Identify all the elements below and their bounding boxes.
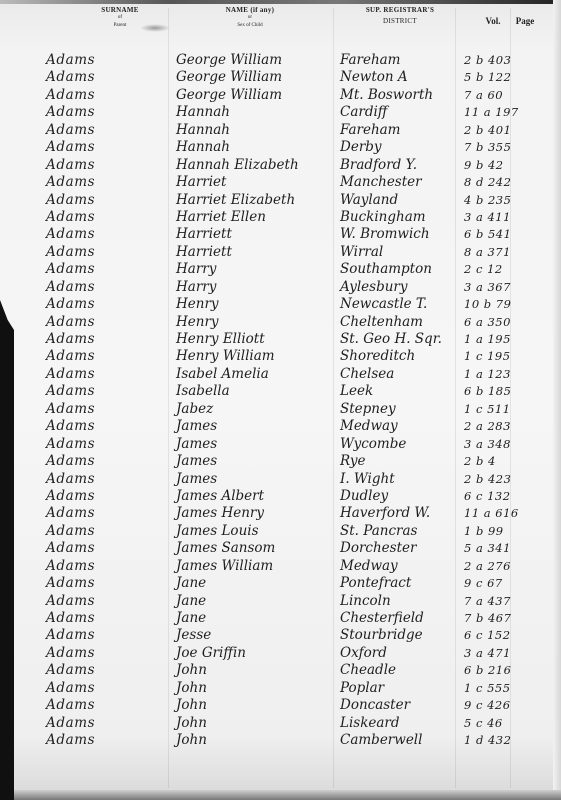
entry-district: Poplar — [340, 680, 384, 697]
entry-volume-page: 11 a 197 — [464, 104, 519, 121]
entry-district: Rye — [340, 453, 366, 470]
entry-surname: Adams — [46, 192, 95, 209]
entry-volume-page: 1 d 432 — [464, 732, 511, 749]
entry-surname: Adams — [46, 610, 95, 627]
entry-child-name: James — [176, 436, 217, 453]
entry-volume-page: 8 a 371 — [464, 244, 511, 261]
entry-surname: Adams — [46, 314, 95, 331]
entry-surname: Adams — [46, 296, 95, 313]
entry-surname: Adams — [46, 226, 95, 243]
entry-district: Pontefract — [340, 575, 411, 592]
entry-surname: Adams — [46, 348, 95, 365]
entry-district: Dorchester — [340, 540, 416, 557]
entry-child-name: Harriet Ellen — [176, 209, 266, 226]
entry-surname: Adams — [46, 139, 95, 156]
entry-child-name: George William — [176, 69, 282, 86]
entry-volume-page: 1 b 99 — [464, 523, 504, 540]
entry-surname: Adams — [46, 488, 95, 505]
entry-surname: Adams — [46, 52, 95, 69]
entry-district: I. Wight — [340, 471, 395, 488]
register-entry: AdamsJames LouisSt. Pancras1 b 99 — [0, 523, 561, 540]
register-entry: AdamsHenryCheltenham6 a 350 — [0, 314, 561, 331]
entry-child-name: Harriett — [176, 244, 232, 261]
entry-volume-page: 7 a 60 — [464, 87, 503, 104]
entry-district: Newton A — [340, 69, 408, 86]
register-entry: AdamsHarriettW. Bromwich6 b 541 — [0, 226, 561, 243]
register-entry: AdamsJohnDoncaster9 c 426 — [0, 697, 561, 714]
entry-volume-page: 6 b 541 — [464, 226, 511, 243]
register-entry: AdamsJaneLincoln7 a 437 — [0, 593, 561, 610]
entry-volume-page: 6 b 216 — [464, 662, 511, 679]
entry-district: Dudley — [340, 488, 388, 505]
entry-surname: Adams — [46, 715, 95, 732]
entry-volume-page: 10 b 79 — [464, 296, 511, 313]
entry-district: Stepney — [340, 401, 396, 418]
entry-child-name: Harriet — [176, 174, 226, 191]
entry-volume-page: 5 c 46 — [464, 715, 503, 732]
entry-surname: Adams — [46, 261, 95, 278]
entry-child-name: Henry Elliott — [176, 331, 265, 348]
entry-surname: Adams — [46, 471, 95, 488]
entry-volume-page: 6 a 350 — [464, 314, 511, 331]
header-district: SUP. REGISTRAR'S DISTRICT — [350, 6, 450, 25]
entry-child-name: John — [176, 732, 207, 749]
entry-district: Southampton — [340, 261, 432, 278]
register-entry: AdamsHenryNewcastle T.10 b 79 — [0, 296, 561, 313]
header-page: Page — [508, 14, 542, 28]
entry-volume-page: 11 a 616 — [464, 505, 519, 522]
entry-surname: Adams — [46, 366, 95, 383]
register-entry: AdamsGeorge WilliamNewton A5 b 122 — [0, 69, 561, 86]
register-entry: AdamsHarrySouthampton2 c 12 — [0, 261, 561, 278]
entry-volume-page: 7 b 467 — [464, 610, 511, 627]
entry-child-name: Harriet Elizabeth — [176, 192, 295, 209]
entry-district: Cardiff — [340, 104, 387, 121]
entry-district: Fareham — [340, 122, 401, 139]
entry-surname: Adams — [46, 87, 95, 104]
entry-volume-page: 2 a 276 — [464, 558, 511, 575]
entry-surname: Adams — [46, 680, 95, 697]
register-header: SURNAME of Parent NAME (if any) or Sex o… — [0, 6, 561, 36]
entry-volume-page: 9 c 426 — [464, 697, 511, 714]
entry-volume-page: 2 b 423 — [464, 471, 511, 488]
entry-surname: Adams — [46, 645, 95, 662]
entry-volume-page: 5 b 122 — [464, 69, 511, 86]
entry-surname: Adams — [46, 732, 95, 749]
entry-surname: Adams — [46, 401, 95, 418]
entry-child-name: Jane — [176, 610, 206, 627]
entry-child-name: Harriett — [176, 226, 232, 243]
entry-volume-page: 9 c 67 — [464, 575, 503, 592]
entry-volume-page: 4 b 235 — [464, 192, 511, 209]
register-entry: AdamsGeorge WilliamFareham2 b 403 — [0, 52, 561, 69]
entry-volume-page: 2 b 401 — [464, 122, 511, 139]
register-page: SURNAME of Parent NAME (if any) or Sex o… — [0, 0, 561, 800]
entry-child-name: Hannah — [176, 104, 230, 121]
entry-child-name: James Sansom — [176, 540, 275, 557]
register-entry: AdamsJabezStepney1 c 511 — [0, 401, 561, 418]
entry-child-name: John — [176, 715, 207, 732]
entry-surname: Adams — [46, 523, 95, 540]
entry-volume-page: 6 c 152 — [464, 627, 511, 644]
entry-volume-page: 9 b 42 — [464, 157, 504, 174]
entry-surname: Adams — [46, 593, 95, 610]
entry-district: Chesterfield — [340, 610, 424, 627]
entry-child-name: James — [176, 471, 217, 488]
entry-child-name: George William — [176, 87, 282, 104]
register-entry: AdamsIsabel AmeliaChelsea1 a 123 — [0, 366, 561, 383]
register-entry: AdamsHarryAylesbury3 a 367 — [0, 279, 561, 296]
entry-volume-page: 3 a 471 — [464, 645, 511, 662]
register-entry: AdamsHannah ElizabethBradford Y.9 b 42 — [0, 157, 561, 174]
entry-district: Shoreditch — [340, 348, 415, 365]
entry-volume-page: 1 c 195 — [464, 348, 511, 365]
entry-child-name: Jane — [176, 593, 206, 610]
register-entry: AdamsHenry WilliamShoreditch1 c 195 — [0, 348, 561, 365]
entry-district: Chelsea — [340, 366, 394, 383]
entry-child-name: Joe Griffin — [176, 645, 246, 662]
entry-child-name: Jane — [176, 575, 206, 592]
entry-district: Wayland — [340, 192, 398, 209]
entry-surname: Adams — [46, 453, 95, 470]
entry-surname: Adams — [46, 697, 95, 714]
entry-district: Buckingham — [340, 209, 426, 226]
entry-volume-page: 1 c 555 — [464, 680, 511, 697]
entry-district: Medway — [340, 418, 398, 435]
register-entry: AdamsJohnPoplar1 c 555 — [0, 680, 561, 697]
entry-surname: Adams — [46, 279, 95, 296]
entry-volume-page: 6 b 185 — [464, 383, 511, 400]
entry-child-name: James — [176, 453, 217, 470]
header-surname: SURNAME of Parent — [80, 6, 160, 30]
register-entry: AdamsJamesWycombe3 a 348 — [0, 436, 561, 453]
entry-surname: Adams — [46, 558, 95, 575]
entry-surname: Adams — [46, 662, 95, 679]
register-entries: AdamsGeorge WilliamFareham2 b 403AdamsGe… — [0, 52, 561, 750]
entry-child-name: James Louis — [176, 523, 259, 540]
register-entry: AdamsJamesMedway2 a 283 — [0, 418, 561, 435]
entry-child-name: John — [176, 680, 207, 697]
entry-district: Bradford Y. — [340, 157, 417, 174]
entry-surname: Adams — [46, 383, 95, 400]
entry-surname: Adams — [46, 244, 95, 261]
entry-volume-page: 3 a 411 — [464, 209, 511, 226]
register-entry: AdamsHarriet ElizabethWayland4 b 235 — [0, 192, 561, 209]
register-entry: AdamsJames AlbertDudley6 c 132 — [0, 488, 561, 505]
entry-district: Liskeard — [340, 715, 400, 732]
entry-volume-page: 2 c 12 — [464, 261, 503, 278]
register-entry: AdamsJames HenryHaverford W.11 a 616 — [0, 505, 561, 522]
entry-district: Cheadle — [340, 662, 396, 679]
entry-surname: Adams — [46, 122, 95, 139]
register-entry: AdamsHarrietManchester8 d 242 — [0, 174, 561, 191]
entry-child-name: Hannah — [176, 122, 230, 139]
entry-child-name: James — [176, 418, 217, 435]
register-entry: AdamsHenry ElliottSt. Geo H. Sqr.1 a 195 — [0, 331, 561, 348]
entry-district: Leek — [340, 383, 373, 400]
entry-surname: Adams — [46, 209, 95, 226]
entry-district: Stourbridge — [340, 627, 423, 644]
entry-child-name: Jabez — [176, 401, 213, 418]
entry-surname: Adams — [46, 104, 95, 121]
entry-district: Doncaster — [340, 697, 410, 714]
entry-surname: Adams — [46, 69, 95, 86]
entry-district: Lincoln — [340, 593, 391, 610]
entry-child-name: John — [176, 697, 207, 714]
entry-volume-page: 1 a 123 — [464, 366, 511, 383]
entry-district: Camberwell — [340, 732, 422, 749]
entry-child-name: Isabel Amelia — [176, 366, 269, 383]
entry-volume-page: 5 a 341 — [464, 540, 511, 557]
register-entry: AdamsJanePontefract9 c 67 — [0, 575, 561, 592]
entry-district: Medway — [340, 558, 398, 575]
register-entry: AdamsHannahDerby7 b 355 — [0, 139, 561, 156]
register-entry: AdamsGeorge WilliamMt. Bosworth7 a 60 — [0, 87, 561, 104]
entry-child-name: Henry William — [176, 348, 275, 365]
register-entry: AdamsJaneChesterfield7 b 467 — [0, 610, 561, 627]
register-entry: AdamsJohnCamberwell1 d 432 — [0, 732, 561, 749]
register-entry: AdamsJoe GriffinOxford3 a 471 — [0, 645, 561, 662]
entry-child-name: James William — [176, 558, 273, 575]
register-entry: AdamsJohnLiskeard5 c 46 — [0, 715, 561, 732]
entry-volume-page: 8 d 242 — [464, 174, 511, 191]
register-entry: AdamsHarriet EllenBuckingham3 a 411 — [0, 209, 561, 226]
entry-volume-page: 1 a 195 — [464, 331, 511, 348]
entry-district: Haverford W. — [340, 505, 430, 522]
entry-surname: Adams — [46, 540, 95, 557]
header-name: NAME (if any) or Sex of Child — [200, 6, 300, 30]
entry-surname: Adams — [46, 331, 95, 348]
entry-surname: Adams — [46, 418, 95, 435]
entry-district: W. Bromwich — [340, 226, 430, 243]
entry-child-name: Isabella — [176, 383, 230, 400]
entry-volume-page: 2 b 403 — [464, 52, 511, 69]
entry-district: Manchester — [340, 174, 422, 191]
entry-district: Wirral — [340, 244, 383, 261]
register-entry: AdamsIsabellaLeek6 b 185 — [0, 383, 561, 400]
entry-child-name: Hannah Elizabeth — [176, 157, 299, 174]
entry-volume-page: 7 a 437 — [464, 593, 511, 610]
entry-volume-page: 6 c 132 — [464, 488, 511, 505]
register-entry: AdamsHarriettWirral8 a 371 — [0, 244, 561, 261]
register-entry: AdamsJesseStourbridge6 c 152 — [0, 627, 561, 644]
entry-child-name: James Henry — [176, 505, 264, 522]
entry-district: St. Pancras — [340, 523, 417, 540]
page-bottom-edge — [0, 790, 561, 800]
entry-surname: Adams — [46, 505, 95, 522]
entry-volume-page: 7 b 355 — [464, 139, 511, 156]
entry-child-name: John — [176, 662, 207, 679]
entry-district: Newcastle T. — [340, 296, 427, 313]
register-entry: AdamsJames WilliamMedway2 a 276 — [0, 558, 561, 575]
register-entry: AdamsJames SansomDorchester5 a 341 — [0, 540, 561, 557]
register-entry: AdamsHannahFareham2 b 401 — [0, 122, 561, 139]
entry-surname: Adams — [46, 157, 95, 174]
register-entry: AdamsJohnCheadle6 b 216 — [0, 662, 561, 679]
entry-surname: Adams — [46, 575, 95, 592]
page-top-edge — [0, 0, 561, 4]
entry-district: Fareham — [340, 52, 401, 69]
entry-district: St. Geo H. Sqr. — [340, 331, 442, 348]
entry-district: Wycombe — [340, 436, 406, 453]
entry-child-name: Hannah — [176, 139, 230, 156]
entry-district: Derby — [340, 139, 382, 156]
entry-volume-page: 1 c 511 — [464, 401, 511, 418]
entry-child-name: Henry — [176, 314, 219, 331]
entry-volume-page: 3 a 348 — [464, 436, 511, 453]
entry-surname: Adams — [46, 627, 95, 644]
entry-district: Aylesbury — [340, 279, 407, 296]
entry-volume-page: 2 b 4 — [464, 453, 496, 470]
register-entry: AdamsHannahCardiff11 a 197 — [0, 104, 561, 121]
entry-district: Oxford — [340, 645, 387, 662]
entry-child-name: George William — [176, 52, 282, 69]
entry-volume-page: 2 a 283 — [464, 418, 511, 435]
entry-child-name: Henry — [176, 296, 219, 313]
entry-child-name: Harry — [176, 261, 216, 278]
header-vol: Vol. — [478, 14, 508, 28]
entry-volume-page: 3 a 367 — [464, 279, 511, 296]
register-entry: AdamsJamesI. Wight2 b 423 — [0, 471, 561, 488]
entry-district: Cheltenham — [340, 314, 423, 331]
entry-district: Mt. Bosworth — [340, 87, 433, 104]
entry-child-name: Jesse — [176, 627, 211, 644]
entry-child-name: Harry — [176, 279, 216, 296]
entry-surname: Adams — [46, 174, 95, 191]
entry-surname: Adams — [46, 436, 95, 453]
register-entry: AdamsJamesRye2 b 4 — [0, 453, 561, 470]
entry-child-name: James Albert — [176, 488, 264, 505]
